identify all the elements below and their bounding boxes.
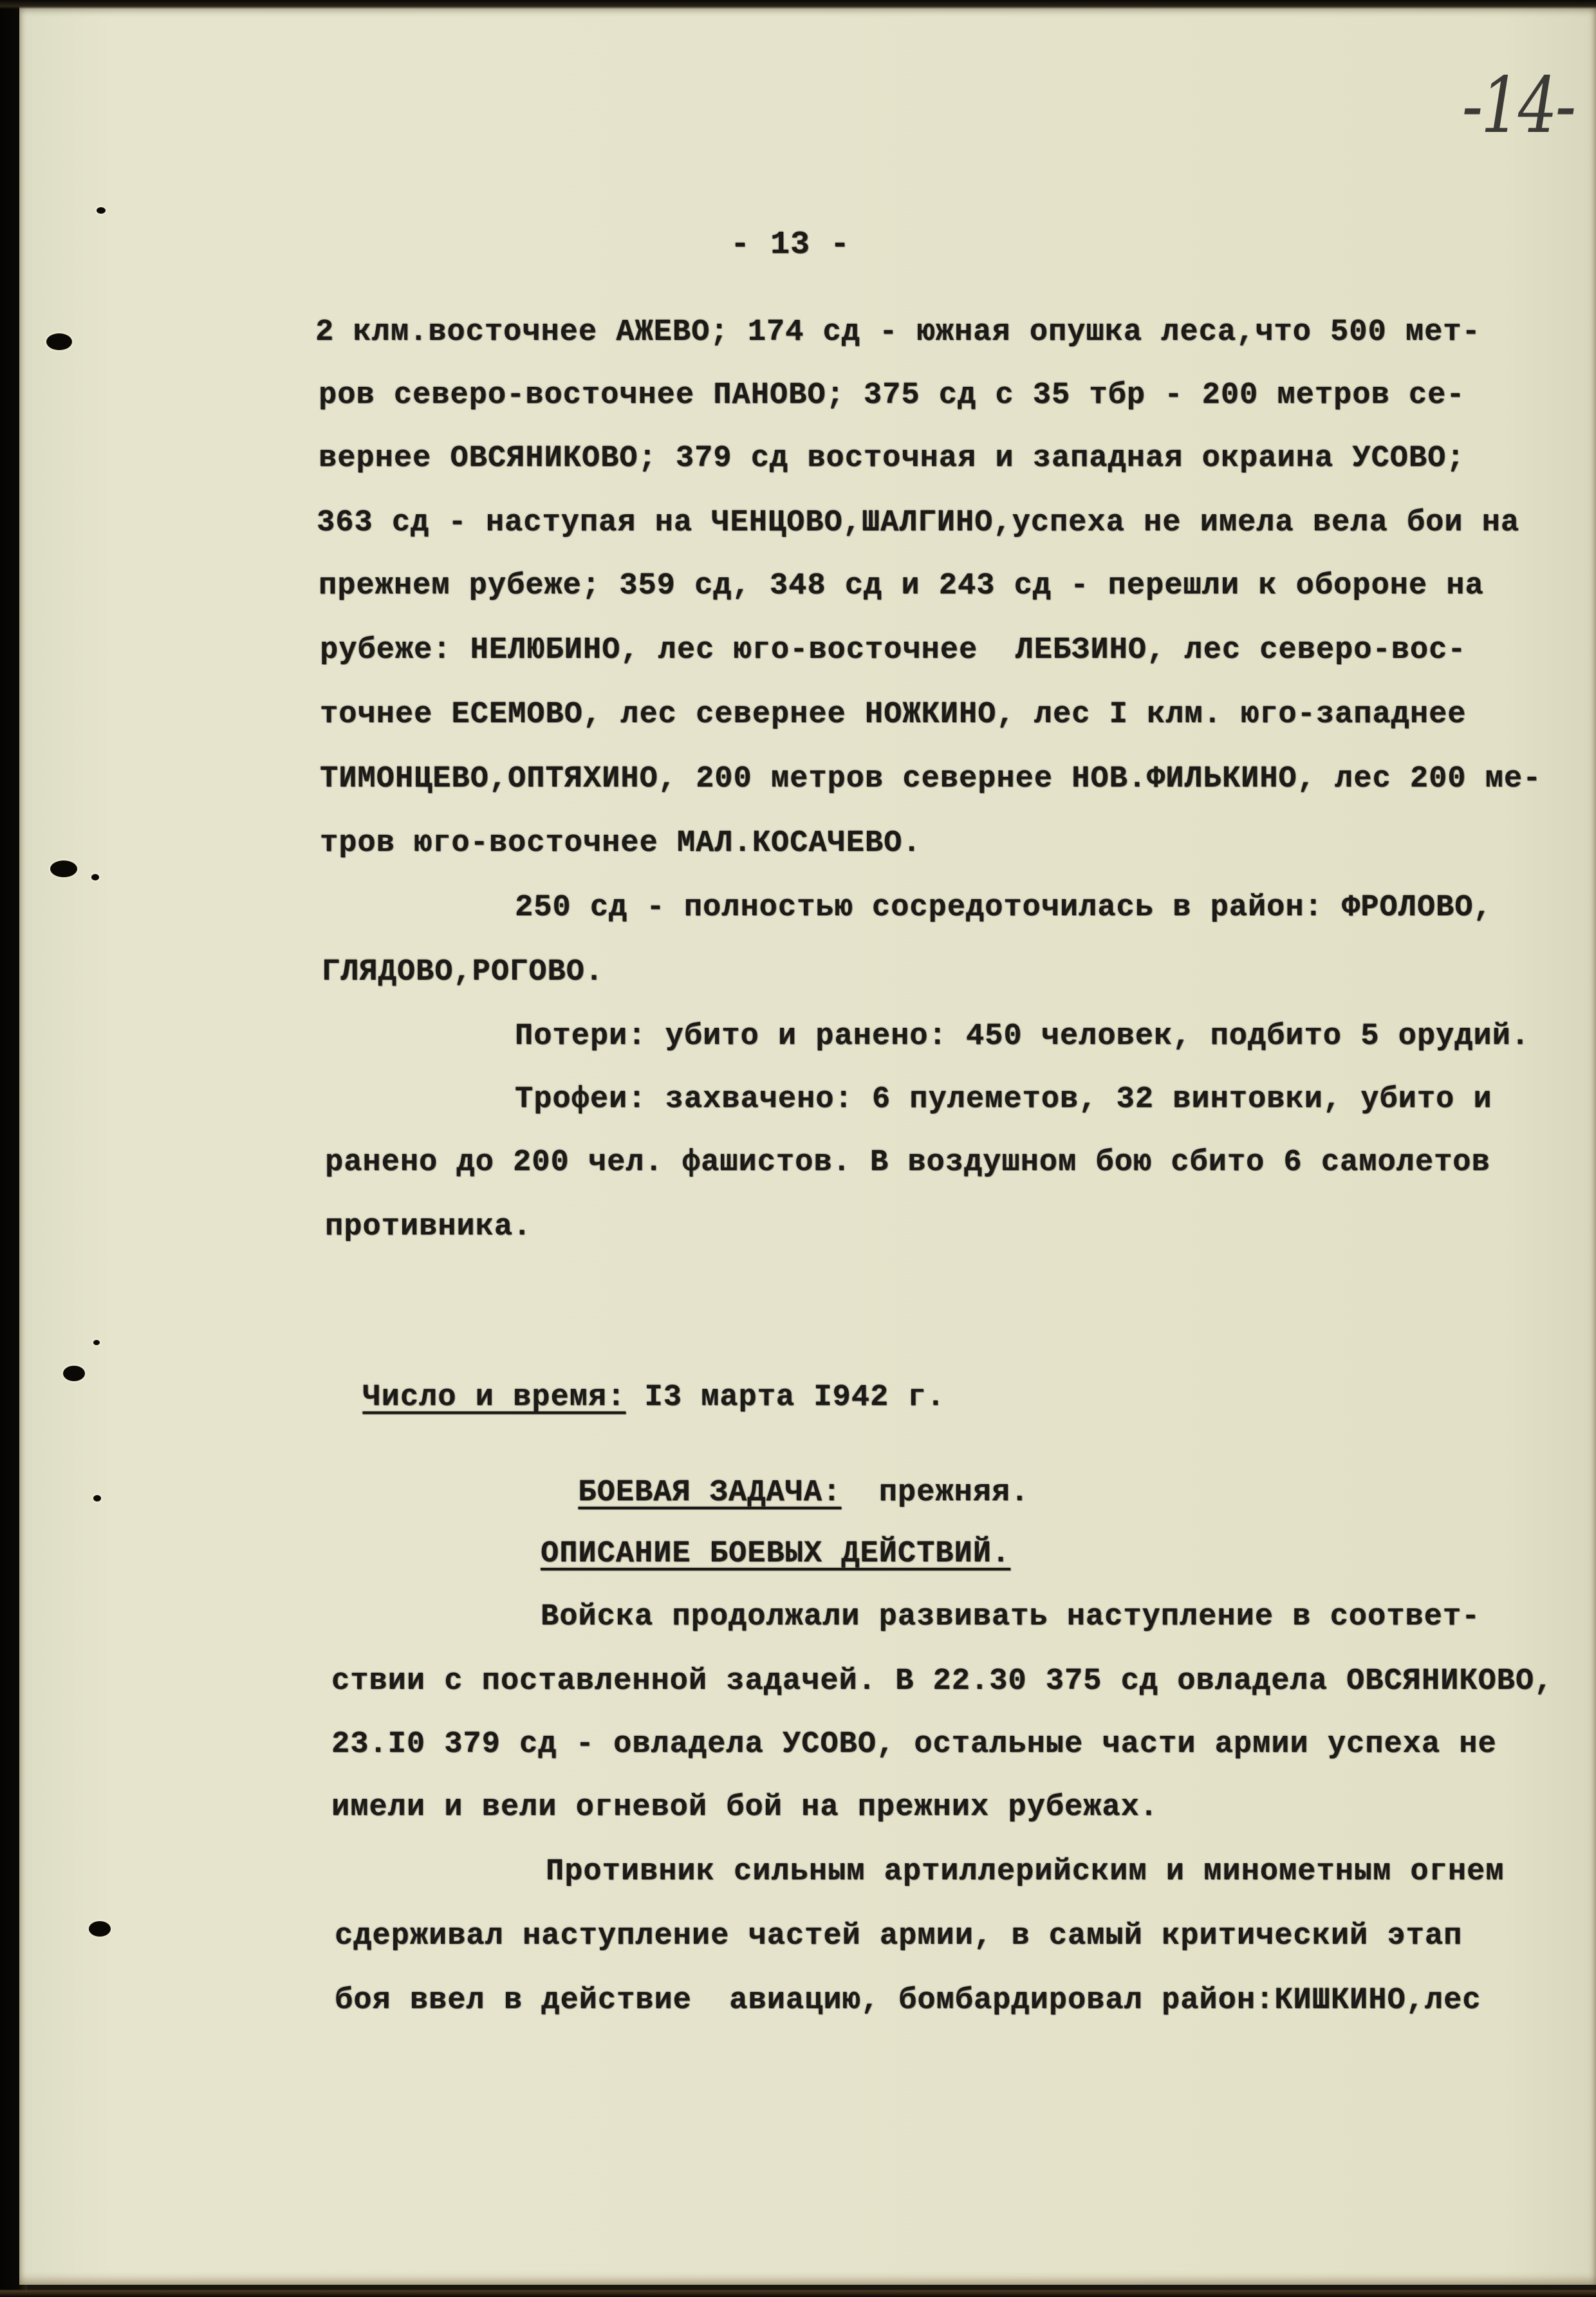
combat-task-value: прежняя. [841,1476,1029,1510]
text-line: ГЛЯДОВО,РОГОВО. [322,955,604,989]
text-line: противника. [325,1210,532,1244]
punch-hole [63,1366,85,1381]
text-line: ров северо-восточнее ПАНОВО; 375 сд с 35… [319,378,1465,413]
page-number: - 13 - [730,227,850,263]
archive-sheet-number: -14- [1462,61,1574,151]
combat-task-label: БОЕВАЯ ЗАДАЧА: [578,1476,841,1510]
text-line: точнее ЕСЕМОВО, лес севернее НОЖКИНО, ле… [320,698,1466,732]
date-label: Число и время: [362,1381,626,1415]
date-line: Число и время: I3 марта I942 г. [325,1346,945,1415]
description-heading: ОПИСАНИЕ БОЕВЫХ ДЕЙСТВИЙ. [541,1537,1010,1571]
text-line: 363 сд - наступая на ЧЕНЦОВО,ШАЛГИНО,усп… [317,506,1519,540]
text-line: тров юго-восточнее МАЛ.КОСАЧЕВО. [320,826,922,860]
combat-task-line: БОЕВАЯ ЗАДАЧА: прежняя. [541,1442,1029,1510]
punch-hole [89,1921,111,1937]
date-value: I3 марта I942 г. [626,1381,945,1415]
scan-border-top [0,0,1596,9]
punch-hole [93,1495,101,1502]
text-line: Трофеи: захвачено: 6 пулеметов, 32 винто… [515,1083,1492,1117]
text-line: имели и вели огневой бой на прежних рубе… [331,1790,1158,1825]
text-line: сдерживал наступление частей армии, в са… [335,1919,1462,1953]
punch-hole [97,207,106,214]
punch-hole [91,874,99,880]
losses-line: Потери: убито и ранено: 450 человек, под… [515,1019,1530,1054]
punch-hole [46,333,72,350]
text-line: Противник сильным артиллерийским и мином… [546,1855,1504,1889]
text-line: Войска продолжали развивать наступление … [541,1600,1480,1634]
text-line: вернее ОВСЯНИКОВО; 379 сд восточная и за… [319,442,1465,476]
scan-border-bottom [0,2289,1596,2297]
text-line: 23.I0 379 сд - овладела УСОВО, остальные… [331,1727,1497,1762]
punch-hole [50,860,77,877]
text-line: рубеже: НЕЛЮБИНО, лес юго-восточнее ЛЕБЗ… [320,633,1466,667]
text-line: ствии с поставленной задачей. В 22.30 37… [331,1664,1553,1698]
text-line: ТИМОНЦЕВО,ОПТЯХИНО, 200 метров севернее … [320,762,1541,796]
text-line: 2 клм.восточнее АЖЕВО; 174 сд - южная оп… [315,315,1481,349]
punch-hole [93,1340,100,1345]
text-line: прежнем рубеже; 359 сд, 348 сд и 243 сд … [319,569,1484,603]
text-line: 250 сд - полностью сосредоточилась в рай… [515,891,1492,925]
text-line: боя ввел в действие авиацию, бомбардиров… [335,1984,1481,2018]
text-line: ранено до 200 чел. фашистов. В воздушном… [325,1146,1490,1180]
